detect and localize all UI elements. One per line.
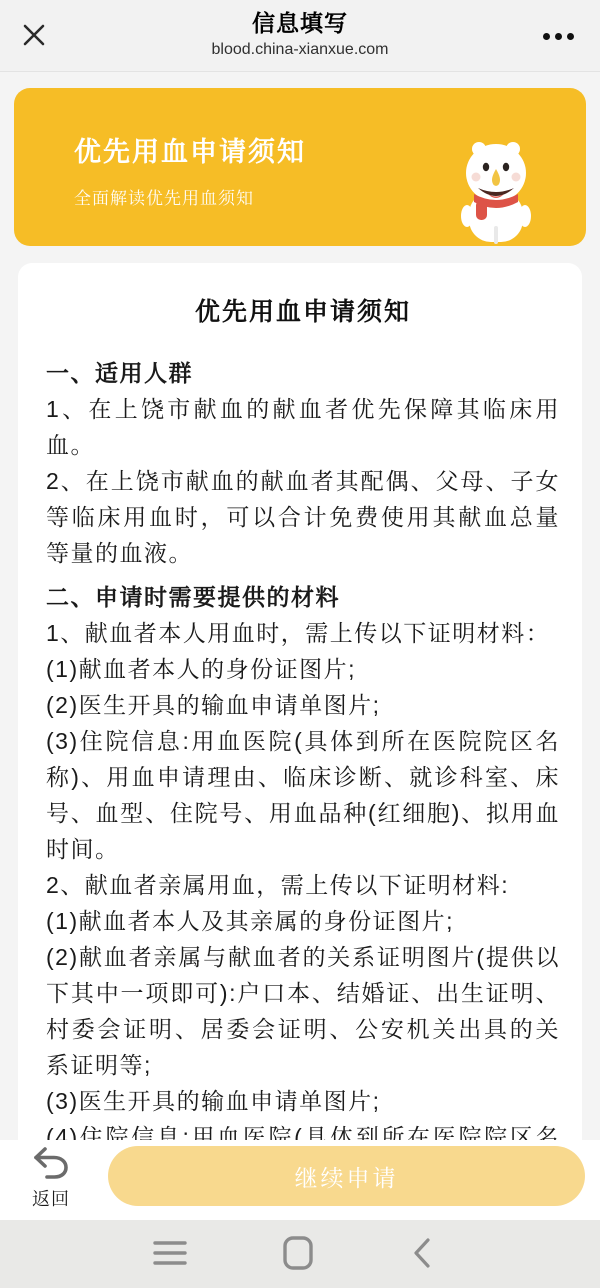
page-title: 信息填写 [90, 9, 510, 38]
notice-paragraph: (2)献血者亲属与献血者的关系证明图片(提供以下其中一项即可):户口本、结婚证、… [46, 939, 560, 1083]
notice-paragraph: (1)献血者本人及其亲属的身份证图片; [46, 903, 560, 939]
more-menu-button[interactable] [534, 22, 582, 50]
three-dots-icon [543, 33, 550, 40]
notice-paragraph: 二、申请时需要提供的材料 [46, 579, 560, 615]
mobile-screen: 信息填写 blood.china-xianxue.com 优先用血申请须知 全面… [0, 0, 600, 1288]
notice-paragraph: 1、在上饶市献血的献血者优先保障其临床用血。 [46, 391, 560, 463]
notice-paragraph: (1)献血者本人的身份证图片; [46, 651, 560, 687]
nav-home-button[interactable] [263, 1220, 333, 1288]
banner-subtitle: 全面解读优先用血须知 [74, 184, 254, 209]
white-rhino-mascot-icon [456, 136, 536, 246]
notice-paragraph: 1、献血者本人用血时，需上传以下证明材料： [46, 615, 560, 651]
notice-heading: 优先用血申请须知 [46, 297, 560, 327]
notice-paragraph: (3)住院信息:用血医院(具体到所在医院院区名称)、用血申请理由、临床诊断、就诊… [46, 723, 560, 867]
paragraph-spacer [46, 571, 560, 579]
browser-header: 信息填写 blood.china-xianxue.com [0, 0, 600, 72]
android-nav-bar [0, 1220, 600, 1288]
hamburger-menu-icon [153, 1240, 187, 1269]
header-titles: 信息填写 blood.china-xianxue.com [90, 9, 510, 61]
notice-paragraph: (2)医生开具的输血申请单图片; [46, 687, 560, 723]
continue-apply-button[interactable]: 继续申请 [108, 1146, 585, 1206]
nav-menu-button[interactable] [135, 1220, 205, 1288]
undo-arrow-icon [32, 1146, 70, 1183]
notice-banner: 优先用血申请须知 全面解读优先用血须知 [14, 88, 586, 246]
close-icon [20, 21, 48, 52]
back-button-label: 返回 [32, 1185, 70, 1211]
banner-title: 优先用血申请须知 [74, 130, 306, 169]
page-url: blood.china-xianxue.com [90, 38, 510, 61]
notice-paragraph: (3)医生开具的输血申请单图片; [46, 1083, 560, 1119]
notice-paragraph: 2、在上饶市献血的献血者其配偶、父母、子女等临床用血时，可以合计免费使用其献血总… [46, 463, 560, 571]
back-button[interactable]: 返回 [22, 1146, 80, 1214]
notice-paragraph: 2、献血者亲属用血，需上传以下证明材料: [46, 867, 560, 903]
notice-card: 优先用血申请须知 一、适用人群 1、在上饶市献血的献血者优先保障其临床用血。 2… [18, 263, 582, 1288]
notice-paragraph: 一、适用人群 [46, 355, 560, 391]
bottom-action-bar: 返回 继续申请 [0, 1140, 600, 1220]
close-button[interactable] [16, 18, 52, 54]
nav-back-button[interactable] [387, 1220, 457, 1288]
chevron-left-back-icon [412, 1237, 432, 1272]
rounded-square-home-icon [282, 1236, 314, 1273]
